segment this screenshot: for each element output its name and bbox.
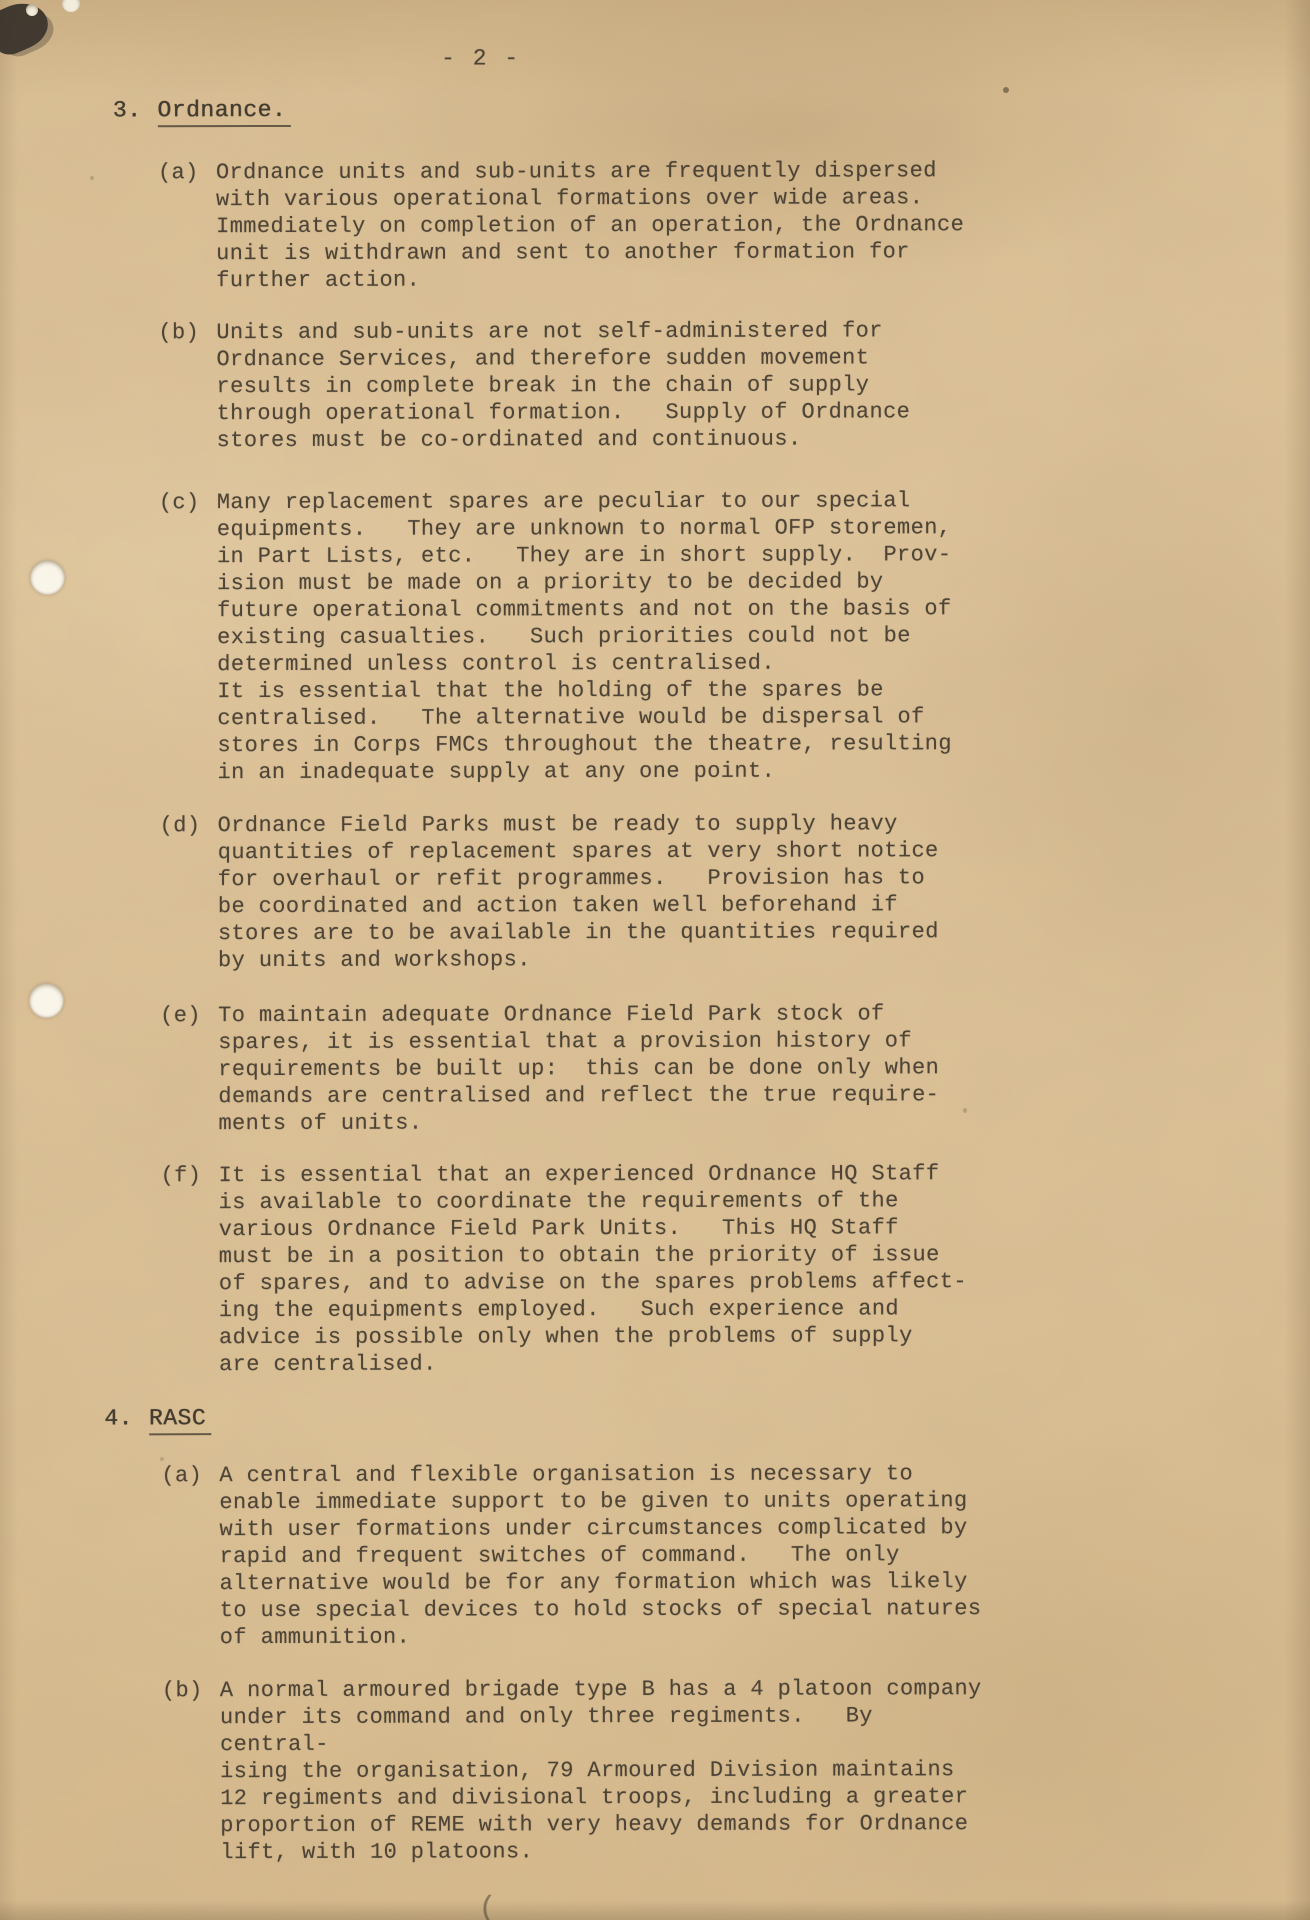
paragraph-4b: (b) A normal armoured brigade type B has… — [162, 1675, 990, 1866]
paragraph-text: It is essential that an experienced Ordn… — [219, 1160, 990, 1378]
section-title: RASC — [149, 1405, 211, 1435]
paragraph-text: Ordnance Field Parks must be ready to su… — [218, 810, 988, 974]
paragraph-label: (d) — [160, 812, 218, 839]
typewritten-content: - 2 - 3. Ordnance. (a) Ordnance units an… — [0, 0, 1310, 1920]
section-title: Ordnance. — [157, 97, 291, 127]
paragraph-label: (c) — [159, 489, 217, 516]
paragraph-3c: (c) Many replacement spares are peculiar… — [159, 487, 988, 786]
paragraph-label: (a) — [158, 159, 216, 186]
paragraph-3f: (f) It is essential that an experienced … — [161, 1160, 990, 1378]
paragraph-label: (b) — [158, 319, 216, 346]
section-heading-ordnance: 3. Ordnance. — [113, 97, 291, 127]
cut-off-text-fragment: ( — [478, 1892, 496, 1920]
paragraph-text: Units and sub-units are not self-adminis… — [216, 317, 986, 454]
paragraph-label: (b) — [162, 1677, 220, 1704]
paragraph-text: A normal armoured brigade type B has a 4… — [220, 1675, 990, 1866]
section-heading-rasc: 4. RASC — [104, 1405, 211, 1435]
section-number: 4. — [104, 1405, 133, 1435]
paragraph-label: (a) — [161, 1462, 219, 1489]
paragraph-text: A central and flexible organisation is n… — [219, 1460, 989, 1651]
document-page: - 2 - 3. Ordnance. (a) Ordnance units an… — [0, 0, 1310, 1920]
paragraph-label: (f) — [161, 1162, 219, 1189]
paragraph-text: Many replacement spares are peculiar to … — [217, 487, 988, 786]
paragraph-label: (e) — [160, 1002, 218, 1029]
section-number: 3. — [113, 97, 142, 127]
paragraph-3a: (a) Ordnance units and sub-units are fre… — [158, 157, 986, 294]
paragraph-3e: (e) To maintain adequate Ordnance Field … — [160, 1000, 988, 1137]
paragraph-3d: (d) Ordnance Field Parks must be ready t… — [160, 810, 988, 974]
paragraph-text: Ordnance units and sub-units are frequen… — [216, 157, 986, 294]
paragraph-text: To maintain adequate Ordnance Field Park… — [218, 1000, 988, 1137]
page-number: - 2 - — [426, 45, 536, 71]
paragraph-3b: (b) Units and sub-units are not self-adm… — [158, 317, 986, 454]
paragraph-4a: (a) A central and flexible organisation … — [161, 1460, 989, 1651]
